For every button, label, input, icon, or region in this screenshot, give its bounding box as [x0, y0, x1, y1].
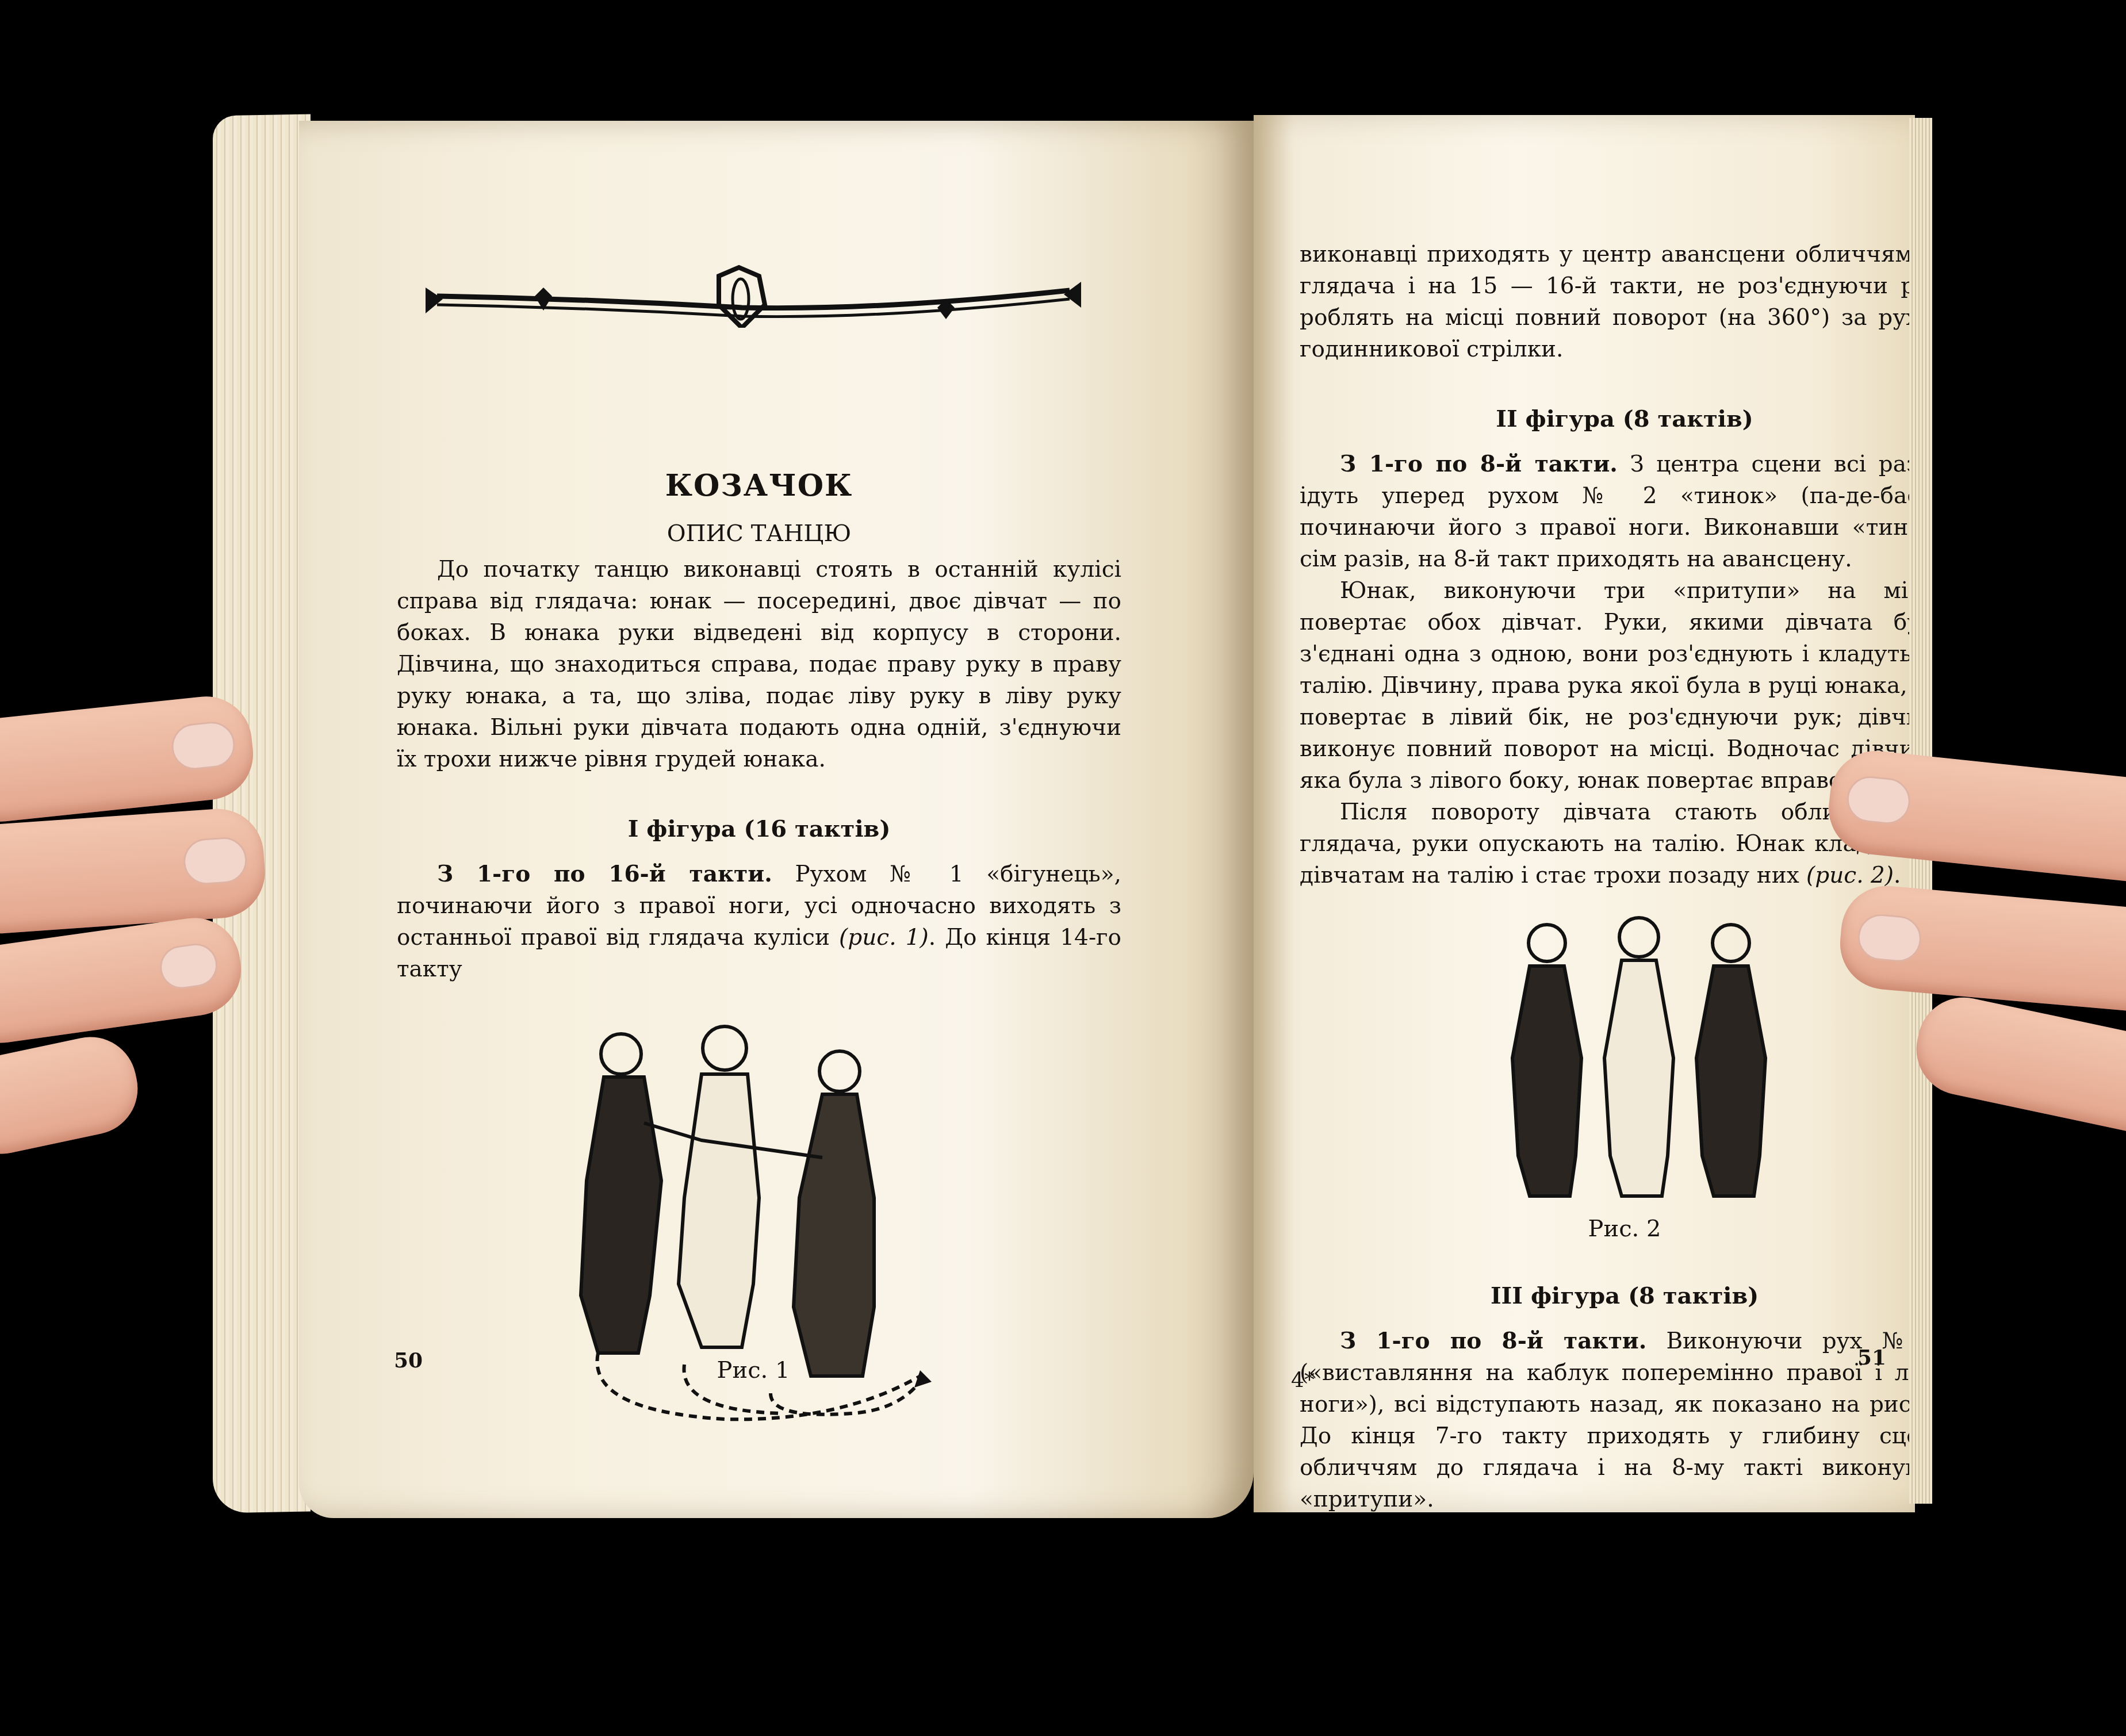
- figure-2-reference: (рис. 2): [1806, 863, 1894, 888]
- figure-1-caption: Рис. 1: [667, 1357, 840, 1384]
- left-hand-finger: [0, 1029, 146, 1163]
- section-heading-figure-1: І фігура (16 тактів): [397, 815, 1121, 842]
- section-heading-figure-3: ІІІ фігура (8 тактів): [1300, 1282, 1915, 1309]
- right-page: виконавці приходять у центр авансцени об…: [1254, 115, 1915, 1512]
- section-1-lead: З 1-го по 16-й такти.: [437, 861, 772, 887]
- signature-mark: 4*: [1291, 1369, 1315, 1392]
- fingernail: [170, 719, 238, 772]
- section-3-lead: З 1-го по 8-й такти.: [1340, 1328, 1646, 1354]
- dance-subtitle: ОПИС ТАНЦЮ: [397, 520, 1121, 547]
- section-2-paragraph-3-tail: .: [1894, 863, 1901, 888]
- continuation-paragraph: виконавці приходять у центр авансцени об…: [1300, 239, 1915, 365]
- figure-1-reference: (рис. 1): [839, 925, 929, 951]
- left-hand-finger: [0, 912, 247, 1049]
- section-2-lead: З 1-го по 8-й такти.: [1340, 451, 1618, 477]
- figure-2-caption: Рис. 2: [1300, 1216, 1915, 1242]
- left-page: КОЗАЧОК ОПИС ТАНЦЮ До початку танцю вико…: [299, 121, 1254, 1518]
- section-2-paragraph-1: З 1-го по 8-й такти. З центра сцени всі …: [1300, 449, 1915, 575]
- right-hand-finger: [1908, 989, 2126, 1144]
- section-2-paragraph-3: Після повороту дівчата стають обличчям д…: [1300, 796, 1915, 891]
- fingernail: [182, 836, 248, 886]
- section-3-text: Виконуючи рух № 3 («виставляння на каблу…: [1300, 1328, 1915, 1512]
- dancers-illustration-figure-2: [1478, 914, 1800, 1202]
- section-2-paragraph-2: Юнак, виконуючи три «притупи» на місці, …: [1300, 575, 1915, 796]
- page-number-left: 50: [394, 1348, 423, 1373]
- ornament-divider-icon: [420, 265, 1087, 328]
- left-page-content: КОЗАЧОК ОПИС ТАНЦЮ До початку танцю вико…: [397, 265, 1121, 1424]
- section-heading-figure-2: ІІ фігура (8 тактів): [1300, 405, 1915, 432]
- page-number-right: 51: [1857, 1346, 1886, 1370]
- section-1-paragraph: З 1-го по 16-й такти. Рухом № 1 «бігунец…: [397, 859, 1121, 985]
- fingernail: [1856, 913, 1924, 964]
- section-3-paragraph: З 1-го по 8-й такти. Виконуючи рух № 3 (…: [1300, 1325, 1915, 1512]
- left-hand-finger: [0, 806, 268, 936]
- right-page-content: виконавці приходять у центр авансцени об…: [1300, 239, 1915, 1512]
- fingernail: [157, 941, 220, 991]
- fingernail: [1845, 774, 1913, 826]
- intro-paragraph: До початку танцю виконавці стоять в оста…: [397, 554, 1121, 775]
- open-book: КОЗАЧОК ОПИС ТАНЦЮ До початку танцю вико…: [213, 109, 1921, 1530]
- dance-title: КОЗАЧОК: [397, 468, 1121, 503]
